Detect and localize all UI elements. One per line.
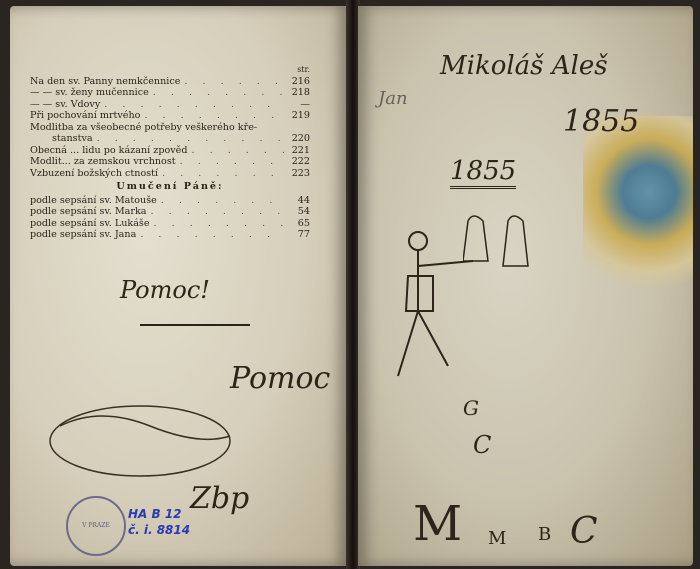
section-heading: Umučení Páně:: [30, 181, 310, 193]
handwriting-year-mid: 1855: [450, 156, 516, 189]
library-stamp: V PRAZE: [66, 496, 126, 556]
toc-entry: Na den sv. Panny nemkčennice216: [30, 76, 310, 88]
handwriting-jan: Jan: [378, 88, 408, 109]
handwriting-year-top: 1855: [563, 104, 639, 139]
handwriting-initials: Zbp: [190, 481, 249, 516]
toc-entry: Při pochování mrtvého219: [30, 110, 310, 122]
bell-drawings: [463, 211, 533, 271]
toc-entry: Obecná ... lidu po kázaní zpověd221: [30, 145, 310, 157]
handwriting-letter-m-large: M: [413, 496, 462, 552]
toc-entry: — — sv. Vdovy—: [30, 99, 310, 111]
passion-entry: podle sepsání sv. Jana77: [30, 229, 310, 241]
scribble-sketch: [40, 396, 240, 486]
right-page: Mikoláš Aleš Jan 1855 1855 G C M M B C: [358, 6, 693, 566]
toc-entry: stanstva220: [30, 133, 310, 145]
left-page: str. Na den sv. Panny nemkčennice216 — —…: [10, 6, 348, 566]
passion-entry: podle sepsání sv. Lukáše65: [30, 218, 310, 230]
divider-line: [140, 324, 250, 326]
toc-entry: Vzbuzení božských ctností223: [30, 168, 310, 180]
toc-entry: — — sv. ženy mučennice218: [30, 87, 310, 99]
page-column-label: str.: [30, 64, 310, 76]
handwriting-letter-g: G: [463, 396, 479, 420]
table-of-contents: str. Na den sv. Panny nemkčennice216 — —…: [30, 64, 310, 241]
handwriting-signature: Mikoláš Aleš: [440, 51, 608, 81]
handwriting-letter-c-large: C: [570, 511, 598, 552]
handwriting-pomoc-1: Pomoc!: [120, 276, 210, 304]
handwriting-pomoc-2: Pomoc: [230, 361, 330, 396]
handwriting-letter-b: B: [538, 524, 551, 545]
passion-entry: podle sepsání sv. Marka54: [30, 206, 310, 218]
marbled-paper: [583, 116, 693, 306]
handwriting-letter-c: C: [473, 431, 491, 459]
passion-entry: podle sepsání sv. Matouše44: [30, 195, 310, 207]
catalog-stamp: HA B 12 č. i. 8814: [128, 506, 190, 538]
handwriting-letter-m: M: [488, 528, 506, 549]
toc-entry: Modlit... za zemskou vrchnost222: [30, 156, 310, 168]
toc-entry: Modlitba za všeobecné potřeby veškerého …: [30, 122, 310, 134]
